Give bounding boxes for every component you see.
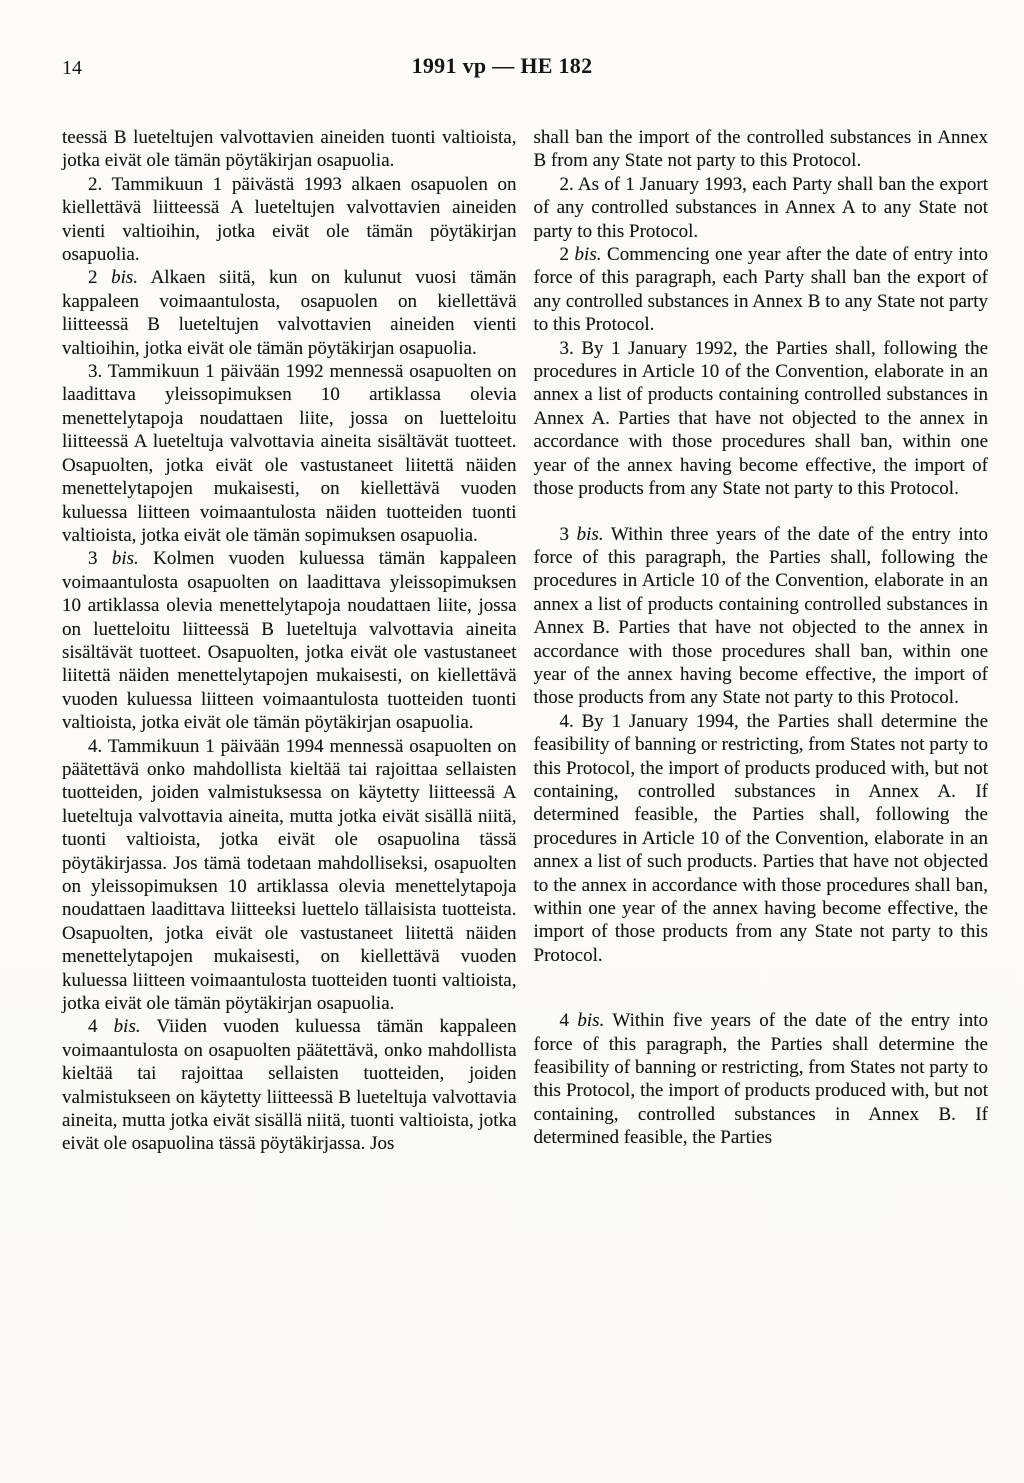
para-text: teessä B lueteltujen valvottavien aineid… [62,127,517,171]
para-bis-marker: bis. [112,548,139,569]
para-text: By 1 January 1994, the Parties shall det… [534,711,989,966]
para-text: shall ban the import of the controlled s… [534,127,989,171]
para-marker: 2. [88,174,102,195]
para-marker: 4 [560,1010,570,1031]
para-marker: 2 [560,244,570,265]
para-marker: 3. [560,338,574,359]
paragraph: 2 bis. Commencing one year after the dat… [534,243,989,337]
paragraph: shall ban the import of the controlled s… [534,126,989,173]
paragraph: 3 bis. Within three years of the date of… [534,523,989,710]
para-text: Tammikuun 1 päivästä 1993 alkaen osapuol… [62,174,517,265]
paragraph: 4. By 1 January 1994, the Parties shall … [534,710,989,967]
para-text: Commencing one year after the date of en… [534,244,989,335]
para-marker: 4. [88,736,102,757]
para-marker: 4. [560,711,574,732]
paragraph: teessä B lueteltujen valvottavien aineid… [62,126,517,173]
column-english: shall ban the import of the controlled s… [534,126,989,1156]
para-text: By 1 January 1992, the Parties shall, fo… [534,338,989,499]
paragraph: 2. As of 1 January 1993, each Party shal… [534,173,989,243]
page-header-title: 1991 vp — HE 182 [0,53,1004,79]
para-text: Tammikuun 1 päivään 1992 mennessä osapuo… [62,361,517,546]
para-bis-marker: bis. [111,267,138,288]
paragraph: 4 bis. Within five years of the date of … [534,1009,989,1149]
para-marker: 4 [88,1016,98,1037]
para-text: Tammikuun 1 päivään 1994 mennessä osapuo… [62,736,517,1014]
paragraph: 3. By 1 January 1992, the Parties shall,… [534,337,989,501]
para-marker: 3 [560,524,570,545]
paragraph: 4. Tammikuun 1 päivään 1994 mennessä osa… [62,735,517,1016]
para-marker: 3 [88,548,98,569]
para-text: As of 1 January 1993, each Party shall b… [534,174,989,242]
para-bis-marker: bis. [577,1010,604,1031]
column-finnish: teessä B lueteltujen valvottavien aineid… [62,126,517,1156]
paragraph: 2 bis. Alkaen siitä, kun on kulunut vuos… [62,266,517,360]
para-marker: 3. [88,361,102,382]
para-bis-marker: bis. [114,1016,141,1037]
para-bis-marker: bis. [577,524,604,545]
paragraph: 2. Tammikuun 1 päivästä 1993 alkaen osap… [62,173,517,267]
para-text: Within three years of the date of the en… [534,524,989,709]
para-marker: 2. [560,174,574,195]
two-column-text-block: teessä B lueteltujen valvottavien aineid… [62,126,988,1156]
para-bis-marker: bis. [575,244,602,265]
paragraph: 3 bis. Kolmen vuoden kuluessa tämän kapp… [62,547,517,734]
para-text: Kolmen vuoden kuluessa tämän kappaleen v… [62,548,517,733]
paragraph: 3. Tammikuun 1 päivään 1992 mennessä osa… [62,360,517,547]
para-marker: 2 [88,267,98,288]
paragraph: 4 bis. Viiden vuoden kuluessa tämän kapp… [62,1015,517,1155]
document-page: 14 1991 vp — HE 182 teessä B lueteltujen… [0,0,1024,1483]
